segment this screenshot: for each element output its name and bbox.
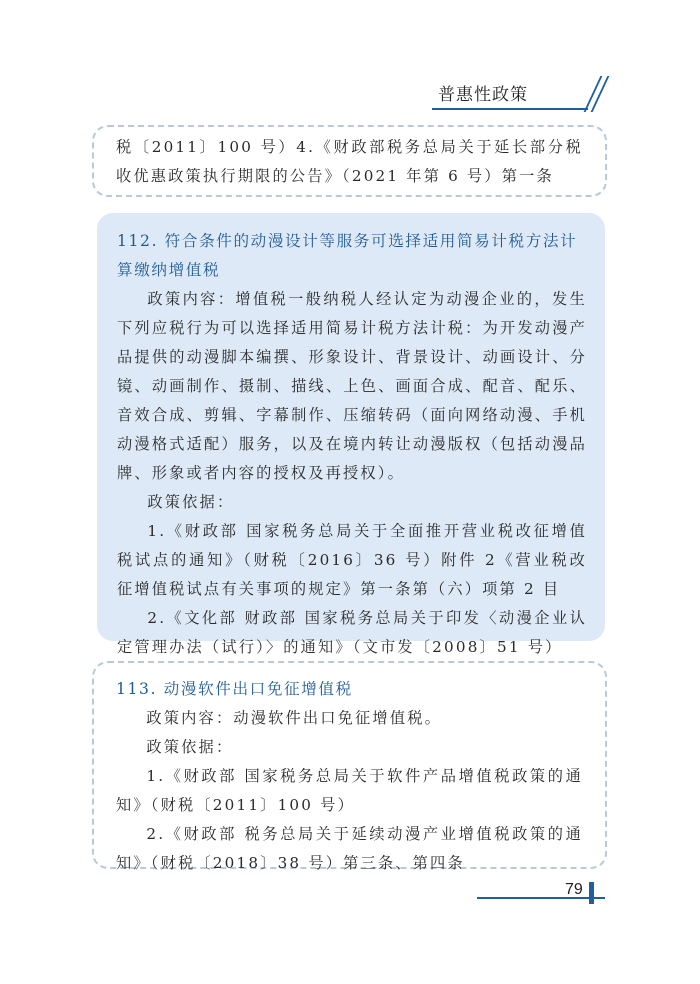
- header-section-title: 普惠性政策: [438, 80, 528, 105]
- policy-basis-item: 1.《财政部 国家税务总局关于软件产品增值税政策的通知》（财税〔2011〕100…: [116, 762, 583, 820]
- policy-basis-label: 政策依据：: [117, 488, 587, 517]
- policy-basis-item: 1.《财政部 国家税务总局关于全面推开营业税改征增值税试点的通知》（财税〔201…: [117, 517, 587, 604]
- policy-basis-item: 2.《财政部 税务总局关于延续动漫产业增值税政策的通知》（财税〔2018〕38 …: [116, 820, 583, 878]
- policy-title: 113. 动漫软件出口免征增值税: [116, 675, 583, 704]
- policy-basis-label: 政策依据：: [116, 733, 583, 762]
- continuation-box: 税〔2011〕100 号）4.《财政部税务总局关于延长部分税收优惠政策执行期限的…: [92, 125, 607, 197]
- continuation-text: 税〔2011〕100 号）4.《财政部税务总局关于延长部分税收优惠政策执行期限的…: [116, 133, 583, 191]
- policy-title: 112. 符合条件的动漫设计等服务可选择适用简易计税方法计算缴纳增值税: [117, 227, 587, 285]
- policy-item-112: 112. 符合条件的动漫设计等服务可选择适用简易计税方法计算缴纳增值税 政策内容…: [97, 213, 605, 641]
- policy-content: 政策内容：增值税一般纳税人经认定为动漫企业的，发生下列应税行为可以选择适用简易计…: [117, 285, 587, 488]
- footer-mark: [589, 882, 594, 904]
- policy-basis-item: 2.《文化部 财政部 国家税务总局关于印发〈动漫企业认定管理办法（试行）〉的通知…: [117, 604, 587, 662]
- policy-item-113: 113. 动漫软件出口免征增值税 政策内容：动漫软件出口免征增值税。 政策依据：…: [92, 661, 607, 869]
- footer-underline: [477, 897, 605, 899]
- policy-content: 政策内容：动漫软件出口免征增值税。: [116, 704, 583, 733]
- header-underline: [432, 108, 588, 110]
